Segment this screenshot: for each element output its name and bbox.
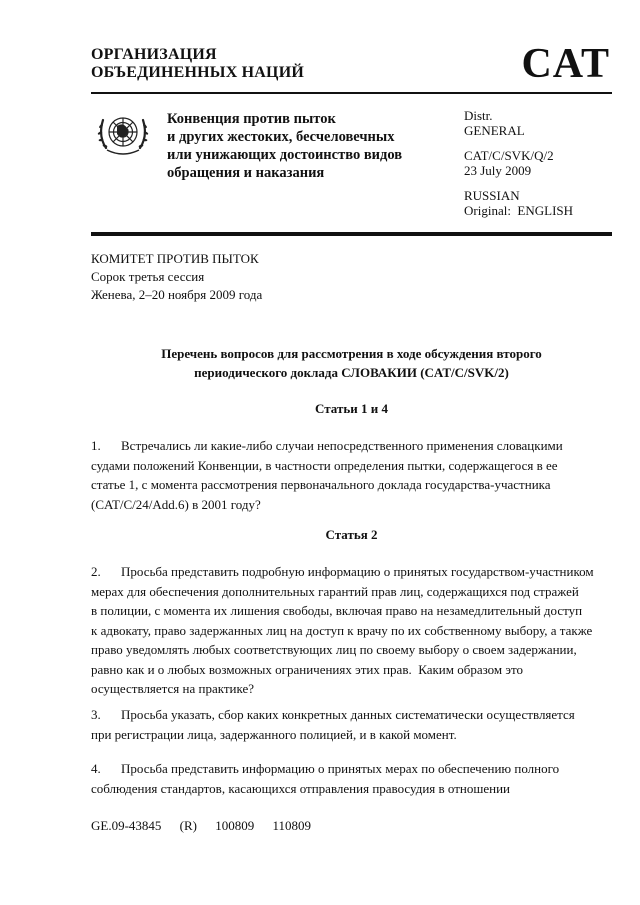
paragraph-line: соблюдения стандартов, касающихся отправ… [91,779,616,799]
organization-line-2: ОБЪЕДИНЕННЫХ НАЦИЙ [91,64,304,82]
paragraph-line: к адвокату, право задержанных лиц на дос… [91,621,616,641]
footer-date-1: 100809 [215,818,254,833]
footer-date-2: 110809 [273,818,312,833]
paragraph-line: право уведомлять любых соответствующих л… [91,640,616,660]
convention-line: и других жестоких, бесчеловечных [167,128,402,146]
paragraph-line: равно как и о любых возможных ограничени… [91,660,616,680]
question-number: 3. [91,705,121,725]
header-divider [91,92,612,94]
un-emblem-icon [93,108,153,160]
question-paragraph: 3.Просьба указать, сбор каких конкретных… [91,705,616,744]
distr-value: GENERAL [464,123,573,138]
question-number: 4. [91,759,121,779]
document-footer: GE.09-43845 (R) 100809 110809 [91,818,325,834]
language-code: (R) [180,818,197,833]
paragraph-line: (CAT/C/24/Add.6) в 2001 году? [91,495,616,515]
document-date: 23 July 2009 [464,163,573,178]
organization-line-1: ОРГАНИЗАЦИЯ [91,46,304,64]
distribution-block: Distr. GENERAL CAT/C/SVK/Q/2 23 July 200… [464,108,573,218]
paragraph-line: в полиции, с момента их лишения свободы,… [91,601,616,621]
committee-name: КОМИТЕТ ПРОТИВ ПЫТОК [91,250,262,268]
paragraph-line: статье 1, с момента рассмотрения первона… [91,475,616,495]
title-line-1: Перечень вопросов для рассмотрения в ход… [91,344,612,363]
paragraph-line: мерах для обеспечения дополнительных гар… [91,582,616,602]
paragraph-line: осуществляется на практике? [91,679,616,699]
session: Сорок третья сессия [91,268,262,286]
convention-line: обращения и наказания [167,164,402,182]
document-symbol: CAT/C/SVK/Q/2 [464,148,573,163]
section-heading: Статья 2 [91,526,612,544]
document-series-symbol: CAT [521,42,610,86]
question-number: 2. [91,562,121,582]
question-number: 1. [91,436,121,456]
convention-title: Конвенция против пыток и других жестоких… [167,110,402,182]
organization-name: ОРГАНИЗАЦИЯ ОБЪЕДИНЕННЫХ НАЦИЙ [91,46,304,82]
masthead-divider [91,232,612,236]
paragraph-line: при регистрации лица, задержанного полиц… [91,725,616,745]
document-language: RUSSIAN [464,188,573,203]
paragraph-line: Просьба представить подробную информацию… [121,564,594,579]
section-heading: Статьи 1 и 4 [91,400,612,418]
distr-label: Distr. [464,108,573,123]
question-paragraph: 2.Просьба представить подробную информац… [91,562,616,699]
original-language: Original: ENGLISH [464,203,573,218]
convention-line: или унижающих достоинство видов [167,146,402,164]
question-paragraph: 1.Встречались ли какие-либо случаи непос… [91,436,616,514]
committee-info: КОМИТЕТ ПРОТИВ ПЫТОК Сорок третья сессия… [91,250,262,304]
paragraph-line: Встречались ли какие-либо случаи непосре… [121,438,563,453]
title-line-2: периодического доклада СЛОВАКИИ (CAT/C/S… [91,363,612,382]
location-dates: Женева, 2–20 ноября 2009 года [91,286,262,304]
document-title: Перечень вопросов для рассмотрения в ход… [91,344,612,382]
paragraph-line: Просьба представить информацию о приняты… [121,761,559,776]
convention-line: Конвенция против пыток [167,110,402,128]
job-number: GE.09-43845 [91,818,161,833]
paragraph-line: судами положений Конвенции, в частности … [91,456,616,476]
paragraph-line: Просьба указать, сбор каких конкретных д… [121,707,575,722]
question-paragraph: 4.Просьба представить информацию о приня… [91,759,616,798]
